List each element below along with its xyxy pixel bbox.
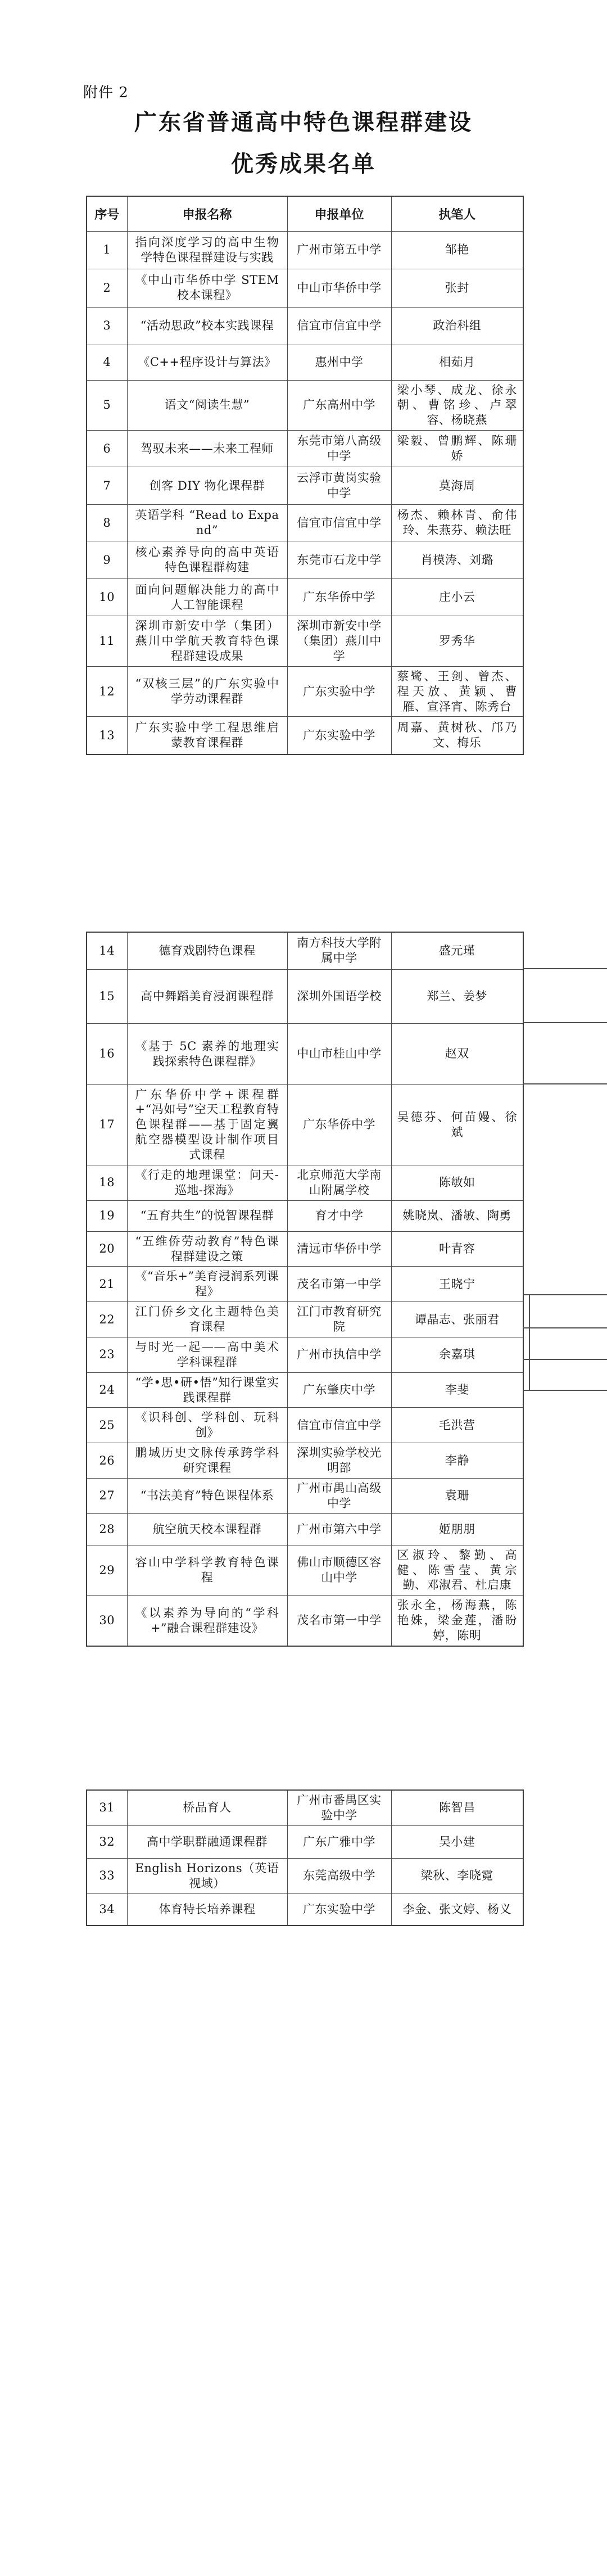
writer-cell: 毛洪营 [391, 1408, 523, 1443]
course-name-cell: 《“音乐+”美育浸润系列课程》 [127, 1267, 287, 1302]
scan-artifact-hline [523, 1022, 607, 1023]
scan-artifact-hline [523, 968, 607, 969]
row-number-cell: 25 [87, 1408, 127, 1443]
writer-cell: 姚晓岚、潘敏、陶勇 [391, 1200, 523, 1231]
table-row: 13广东实验中学工程思维启蒙教育课程群广东实验中学周嘉、黄树秋、邝乃文、梅乐 [87, 717, 523, 754]
writer-cell: 陈智昌 [391, 1790, 523, 1825]
course-name-cell: “双核三层”的广东实验中学劳动课程群 [127, 666, 287, 717]
course-name-cell: “五育共生”的悦智课程群 [127, 1200, 287, 1231]
row-number-cell: 22 [87, 1302, 127, 1337]
row-number-cell: 3 [87, 307, 127, 345]
unit-cell: 清远市华侨中学 [287, 1231, 391, 1267]
table-row: 4《C++程序设计与算法》惠州中学相茹月 [87, 345, 523, 380]
row-number-cell: 1 [87, 231, 127, 269]
row-number-cell: 7 [87, 467, 127, 505]
course-name-cell: 江门侨乡文化主题特色美育课程 [127, 1302, 287, 1337]
writer-cell: 余嘉琪 [391, 1337, 523, 1372]
writer-cell: 梁小琴、成龙、徐永朝、曹铭珍、卢翠容、杨晓燕 [391, 380, 523, 431]
column-header-writer: 执笔人 [391, 196, 523, 231]
document-title-line2: 优秀成果名单 [0, 146, 607, 178]
table-row: 21《“音乐+”美育浸润系列课程》茂名市第一中学王晓宁 [87, 1267, 523, 1302]
unit-cell: 广东华侨中学 [287, 579, 391, 616]
unit-cell: 深圳外国语学校 [287, 969, 391, 1023]
row-number-cell: 30 [87, 1596, 127, 1646]
writer-cell: 吴德芬、何苗嫚、徐斌 [391, 1084, 523, 1165]
unit-cell: 信宜市信宜中学 [287, 1408, 391, 1443]
writer-cell: 肖模涛、刘璐 [391, 541, 523, 579]
unit-cell: 惠州中学 [287, 345, 391, 380]
table-row: 31桥品育人广州市番禺区实验中学陈智昌 [87, 1790, 523, 1825]
row-number-cell: 4 [87, 345, 127, 380]
writer-cell: 蔡鹭、王剑、曾杰、程天放、黄颖、曹雁、宣泽宵、陈秀台 [391, 666, 523, 717]
document-page: 附件 2 广东省普通高中特色课程群建设 优秀成果名单 序号申报名称申报单位执笔人… [0, 0, 607, 2576]
writer-cell: 庄小云 [391, 579, 523, 616]
table-row: 8英语学科 “Read to Expand”信宜市信宜中学杨杰、赖林青、俞伟玲、… [87, 505, 523, 541]
writer-cell: 周嘉、黄树秋、邝乃文、梅乐 [391, 717, 523, 754]
results-table-page2: 14德育戏剧特色课程南方科技大学附属中学盛元瑾15高中舞蹈美育浸润课程群深圳外国… [86, 932, 524, 1647]
row-number-cell: 14 [87, 932, 127, 969]
course-name-cell: English Horizons（英语视域） [127, 1858, 287, 1893]
table-row: 6驾驭未来——未来工程师东莞市第八高级中学梁毅、曾鹏辉、陈珊娇 [87, 431, 523, 467]
unit-cell: 北京师范大学南山附属学校 [287, 1165, 391, 1200]
unit-cell: 广东广雅中学 [287, 1825, 391, 1858]
table-row: 18《行走的地理课堂：问天-巡地-探海》北京师范大学南山附属学校陈敏如 [87, 1165, 523, 1200]
writer-cell: 陈敏如 [391, 1165, 523, 1200]
unit-cell: 深圳市新安中学（集团）燕川中学 [287, 616, 391, 667]
course-name-cell: 桥品育人 [127, 1790, 287, 1825]
writer-cell: 相茹月 [391, 345, 523, 380]
table-row: 19“五育共生”的悦智课程群育才中学姚晓岚、潘敏、陶勇 [87, 1200, 523, 1231]
attachment-label: 附件 2 [83, 81, 129, 102]
table-row: 20“五维侨劳动教育”特色课程群建设之策清远市华侨中学叶青容 [87, 1231, 523, 1267]
course-name-cell: 体育特长培养课程 [127, 1893, 287, 1926]
unit-cell: 东莞市石龙中学 [287, 541, 391, 579]
writer-cell: 李金、张文婷、杨义 [391, 1893, 523, 1926]
table-row: 7创客 DIY 物化课程群云浮市黄岗实验中学莫海周 [87, 467, 523, 505]
row-number-cell: 15 [87, 969, 127, 1023]
table-row: 9核心素养导向的高中英语特色课程群构建东莞市石龙中学肖模涛、刘璐 [87, 541, 523, 579]
table-row: 1指向深度学习的高中生物学特色课程群建设与实践广州市第五中学邹艳 [87, 231, 523, 269]
unit-cell: 南方科技大学附属中学 [287, 932, 391, 969]
row-number-cell: 29 [87, 1545, 127, 1596]
writer-cell: 王晓宁 [391, 1267, 523, 1302]
unit-cell: 茂名市第一中学 [287, 1596, 391, 1646]
row-number-cell: 16 [87, 1023, 127, 1084]
row-number-cell: 12 [87, 666, 127, 717]
unit-cell: 广东肇庆中学 [287, 1372, 391, 1408]
course-name-cell: 创客 DIY 物化课程群 [127, 467, 287, 505]
row-number-cell: 21 [87, 1267, 127, 1302]
writer-cell: 姬朋朋 [391, 1513, 523, 1545]
row-number-cell: 17 [87, 1084, 127, 1165]
table-row: 5语文“阅读生慧”广东高州中学梁小琴、成龙、徐永朝、曹铭珍、卢翠容、杨晓燕 [87, 380, 523, 431]
writer-cell: 袁珊 [391, 1478, 523, 1513]
document-title-line1: 广东省普通高中特色课程群建设 [0, 105, 607, 137]
table-row: 10面向问题解决能力的高中人工智能课程广东华侨中学庄小云 [87, 579, 523, 616]
table-header-row: 序号申报名称申报单位执笔人 [87, 196, 523, 231]
row-number-cell: 28 [87, 1513, 127, 1545]
row-number-cell: 18 [87, 1165, 127, 1200]
unit-cell: 广州市第五中学 [287, 231, 391, 269]
row-number-cell: 32 [87, 1825, 127, 1858]
table-body: 1指向深度学习的高中生物学特色课程群建设与实践广州市第五中学邹艳2《中山市华侨中… [87, 231, 523, 754]
row-number-cell: 34 [87, 1893, 127, 1926]
row-number-cell: 6 [87, 431, 127, 467]
unit-cell: 深圳实验学校光明部 [287, 1443, 391, 1479]
course-name-cell: 语文“阅读生慧” [127, 380, 287, 431]
course-name-cell: 德育戏剧特色课程 [127, 932, 287, 969]
table-row: 22江门侨乡文化主题特色美育课程江门市教育研究院谭晶志、张丽君 [87, 1302, 523, 1337]
course-name-cell: 与时光一起——高中美术学科课程群 [127, 1337, 287, 1372]
course-name-cell: “书法美育”特色课程体系 [127, 1478, 287, 1513]
table-body: 14德育戏剧特色课程南方科技大学附属中学盛元瑾15高中舞蹈美育浸润课程群深圳外国… [87, 932, 523, 1646]
writer-cell: 梁秋、李晓霓 [391, 1858, 523, 1893]
row-number-cell: 19 [87, 1200, 127, 1231]
scan-artifact-hline [523, 1083, 607, 1084]
course-name-cell: 广东华侨中学+课程群+“冯如号”空天工程教育特色课程群——基于固定翼航空器模型设… [127, 1084, 287, 1165]
course-name-cell: 容山中学科学教育特色课程 [127, 1545, 287, 1596]
row-number-cell: 13 [87, 717, 127, 754]
table-row: 29容山中学科学教育特色课程佛山市顺德区容山中学区淑玲、黎勤、高健、陈雪莹、黄宗… [87, 1545, 523, 1596]
unit-cell: 中山市桂山中学 [287, 1023, 391, 1084]
table-row: 15高中舞蹈美育浸润课程群深圳外国语学校郑兰、姜梦 [87, 969, 523, 1023]
unit-cell: 信宜市信宜中学 [287, 307, 391, 345]
unit-cell: 广东实验中学 [287, 666, 391, 717]
row-number-cell: 23 [87, 1337, 127, 1372]
unit-cell: 东莞高级中学 [287, 1858, 391, 1893]
unit-cell: 广东实验中学 [287, 1893, 391, 1926]
table-row: 11深圳市新安中学（集团）燕川中学航天教育特色课程群建设成果深圳市新安中学（集团… [87, 616, 523, 667]
scan-artifact-vline [529, 1294, 530, 1391]
table-row: 17广东华侨中学+课程群+“冯如号”空天工程教育特色课程群——基于固定翼航空器模… [87, 1084, 523, 1165]
table-header-row-container: 序号申报名称申报单位执笔人 [87, 196, 523, 231]
course-name-cell: 深圳市新安中学（集团）燕川中学航天教育特色课程群建设成果 [127, 616, 287, 667]
unit-cell: 广东高州中学 [287, 380, 391, 431]
column-header-no: 序号 [87, 196, 127, 231]
writer-cell: 盛元瑾 [391, 932, 523, 969]
course-name-cell: 驾驭未来——未来工程师 [127, 431, 287, 467]
unit-cell: 广州市番禺区实验中学 [287, 1790, 391, 1825]
row-number-cell: 27 [87, 1478, 127, 1513]
table-body: 31桥品育人广州市番禺区实验中学陈智昌32高中学职群融通课程群广东广雅中学吴小建… [87, 1790, 523, 1926]
course-name-cell: 《行走的地理课堂：问天-巡地-探海》 [127, 1165, 287, 1200]
course-name-cell: 高中舞蹈美育浸润课程群 [127, 969, 287, 1023]
table-row: 33English Horizons（英语视域）东莞高级中学梁秋、李晓霓 [87, 1858, 523, 1893]
row-number-cell: 20 [87, 1231, 127, 1267]
writer-cell: 李斐 [391, 1372, 523, 1408]
writer-cell: 张永全，杨海燕，陈艳姝，梁金莲，潘盼婷，陈明 [391, 1596, 523, 1646]
table-row: 14德育戏剧特色课程南方科技大学附属中学盛元瑾 [87, 932, 523, 969]
row-number-cell: 5 [87, 380, 127, 431]
table-row: 30《以素养为导向的“学科 +”融合课程群建设》茂名市第一中学张永全，杨海燕，陈… [87, 1596, 523, 1646]
row-number-cell: 31 [87, 1790, 127, 1825]
writer-cell: 李静 [391, 1443, 523, 1479]
course-name-cell: 指向深度学习的高中生物学特色课程群建设与实践 [127, 231, 287, 269]
scan-artifact-hline [523, 1294, 607, 1295]
writer-cell: 区淑玲、黎勤、高健、陈雪莹、黄宗勤、邓淑君、杜启康 [391, 1545, 523, 1596]
course-name-cell: “学•思•研•悟”知行课堂实践课程群 [127, 1372, 287, 1408]
table-row: 16《基于 5C 素养的地理实践探索特色课程群》中山市桂山中学赵双 [87, 1023, 523, 1084]
writer-cell: 吴小建 [391, 1825, 523, 1858]
writer-cell: 赵双 [391, 1023, 523, 1084]
table-row: 32高中学职群融通课程群广东广雅中学吴小建 [87, 1825, 523, 1858]
scan-artifact-hline [523, 1390, 607, 1391]
course-name-cell: 高中学职群融通课程群 [127, 1825, 287, 1858]
writer-cell: 谭晶志、张丽君 [391, 1302, 523, 1337]
unit-cell: 广东华侨中学 [287, 1084, 391, 1165]
unit-cell: 育才中学 [287, 1200, 391, 1231]
table-row: 2《中山市华侨中学 STEM 校本课程》中山市华侨中学张封 [87, 269, 523, 307]
writer-cell: 政治科组 [391, 307, 523, 345]
course-name-cell: “活动思政”校本实践课程 [127, 307, 287, 345]
table-row: 28航空航天校本课程群广州市第六中学姬朋朋 [87, 1513, 523, 1545]
unit-cell: 江门市教育研究院 [287, 1302, 391, 1337]
writer-cell: 邹艳 [391, 231, 523, 269]
table-row: 12“双核三层”的广东实验中学劳动课程群广东实验中学蔡鹭、王剑、曾杰、程天放、黄… [87, 666, 523, 717]
column-header-name: 申报名称 [127, 196, 287, 231]
row-number-cell: 24 [87, 1372, 127, 1408]
row-number-cell: 33 [87, 1858, 127, 1893]
course-name-cell: 《C++程序设计与算法》 [127, 345, 287, 380]
table-row: 3“活动思政”校本实践课程信宜市信宜中学政治科组 [87, 307, 523, 345]
writer-cell: 罗秀华 [391, 616, 523, 667]
table-row: 24“学•思•研•悟”知行课堂实践课程群广东肇庆中学李斐 [87, 1372, 523, 1408]
writer-cell: 梁毅、曾鹏辉、陈珊娇 [391, 431, 523, 467]
writer-cell: 叶青容 [391, 1231, 523, 1267]
writer-cell: 莫海周 [391, 467, 523, 505]
column-header-unit: 申报单位 [287, 196, 391, 231]
course-name-cell: “五维侨劳动教育”特色课程群建设之策 [127, 1231, 287, 1267]
course-name-cell: 面向问题解决能力的高中人工智能课程 [127, 579, 287, 616]
results-table-page1: 序号申报名称申报单位执笔人 1指向深度学习的高中生物学特色课程群建设与实践广州市… [86, 196, 524, 755]
writer-cell: 张封 [391, 269, 523, 307]
course-name-cell: 航空航天校本课程群 [127, 1513, 287, 1545]
table-row: 34体育特长培养课程广东实验中学李金、张文婷、杨义 [87, 1893, 523, 1926]
unit-cell: 云浮市黄岗实验中学 [287, 467, 391, 505]
unit-cell: 东莞市第八高级中学 [287, 431, 391, 467]
course-name-cell: 核心素养导向的高中英语特色课程群构建 [127, 541, 287, 579]
course-name-cell: 英语学科 “Read to Expand” [127, 505, 287, 541]
scan-artifact-hline [523, 1359, 607, 1360]
unit-cell: 茂名市第一中学 [287, 1267, 391, 1302]
unit-cell: 信宜市信宜中学 [287, 505, 391, 541]
unit-cell: 中山市华侨中学 [287, 269, 391, 307]
row-number-cell: 10 [87, 579, 127, 616]
row-number-cell: 26 [87, 1443, 127, 1479]
row-number-cell: 11 [87, 616, 127, 667]
table-row: 23与时光一起——高中美术学科课程群广州市执信中学余嘉琪 [87, 1337, 523, 1372]
table-row: 25《识科创、学科创、玩科创》信宜市信宜中学毛洪营 [87, 1408, 523, 1443]
course-name-cell: 鹏城历史文脉传承跨学科研究课程 [127, 1443, 287, 1479]
course-name-cell: 广东实验中学工程思维启蒙教育课程群 [127, 717, 287, 754]
unit-cell: 佛山市顺德区容山中学 [287, 1545, 391, 1596]
results-table-page3: 31桥品育人广州市番禺区实验中学陈智昌32高中学职群融通课程群广东广雅中学吴小建… [86, 1789, 524, 1926]
table-row: 27“书法美育”特色课程体系广州市禺山高级中学袁珊 [87, 1478, 523, 1513]
writer-cell: 杨杰、赖林青、俞伟玲、朱燕芬、赖法旺 [391, 505, 523, 541]
course-name-cell: 《基于 5C 素养的地理实践探索特色课程群》 [127, 1023, 287, 1084]
course-name-cell: 《以素养为导向的“学科 +”融合课程群建设》 [127, 1596, 287, 1646]
scan-artifact-hline [523, 1327, 607, 1328]
unit-cell: 广州市执信中学 [287, 1337, 391, 1372]
course-name-cell: 《识科创、学科创、玩科创》 [127, 1408, 287, 1443]
row-number-cell: 2 [87, 269, 127, 307]
unit-cell: 广州市禺山高级中学 [287, 1478, 391, 1513]
row-number-cell: 8 [87, 505, 127, 541]
course-name-cell: 《中山市华侨中学 STEM 校本课程》 [127, 269, 287, 307]
writer-cell: 郑兰、姜梦 [391, 969, 523, 1023]
row-number-cell: 9 [87, 541, 127, 579]
table-row: 26鹏城历史文脉传承跨学科研究课程深圳实验学校光明部李静 [87, 1443, 523, 1479]
unit-cell: 广州市第六中学 [287, 1513, 391, 1545]
unit-cell: 广东实验中学 [287, 717, 391, 754]
